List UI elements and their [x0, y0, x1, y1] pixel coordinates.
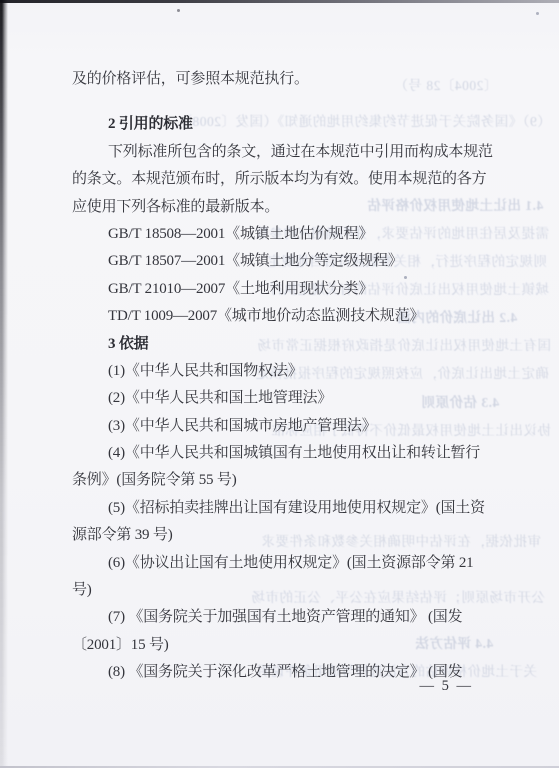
text-line: 源部令第 39 号): [72, 522, 529, 549]
text-line: (3)《中华人民共和国城市房地产管理法》: [72, 413, 529, 440]
text-line: GB/T 18508—2001《城镇土地估价规程》: [72, 221, 529, 248]
text-line: 〔2001〕15 号): [72, 632, 529, 659]
document-content: 及的价格评估，可参照本规范执行。2 引用的标准下列标准所包含的条文，通过在本规范…: [72, 66, 529, 687]
scanned-document-page: 〔2004〕28 号）（9）《国务院关于促进节约集约用地的通知》（国发〔2008…: [0, 0, 559, 768]
text-line: (1)《中华人民共和国物权法》: [72, 358, 529, 385]
text-line: 下列标准所包含的条文，通过在本规范中引用而构成本规范: [72, 139, 529, 166]
scan-speck: [177, 9, 180, 12]
text-line: 的条文。本规范颁布时，所示版本均为有效。使用本规范的各方: [72, 166, 529, 193]
scan-speck: [536, 12, 539, 15]
text-line: GB/T 21010—2007《土地利用现状分类》: [72, 276, 529, 303]
text-line: (7) 《国务院关于加强国有土地资产管理的通知》 (国发: [72, 604, 529, 631]
text-line: GB/T 18507—2001《城镇土地分等定级规程》: [72, 248, 529, 275]
page-number: — 5 —: [420, 678, 474, 695]
text-line: 及的价格评估，可参照本规范执行。: [72, 66, 529, 93]
scan-edge-top: [0, 0, 559, 3]
text-line: 条例》(国务院令第 55 号): [72, 467, 529, 494]
text-line: (4)《中华人民共和国城镇国有土地使用权出让和转让暂行: [72, 440, 529, 467]
text-line: 号): [72, 577, 529, 604]
text-line: (6)《协议出让国有土地使用权规定》(国土资源部令第 21: [72, 550, 529, 577]
text-line: (5)《招标拍卖挂牌出让国有建设用地使用权规定》(国土资: [72, 495, 529, 522]
scan-speck: [404, 276, 407, 279]
text-line: TD/T 1009—2007《城市地价动态监测技术规范》: [72, 303, 529, 330]
scan-edge-left: [0, 0, 8, 768]
text-line: 应使用下列各标准的最新版本。: [72, 194, 529, 221]
section-heading: 3 依据: [72, 331, 529, 358]
section-heading: 2 引用的标准: [72, 111, 529, 138]
text-line: (2)《中华人民共和国土地管理法》: [72, 385, 529, 412]
